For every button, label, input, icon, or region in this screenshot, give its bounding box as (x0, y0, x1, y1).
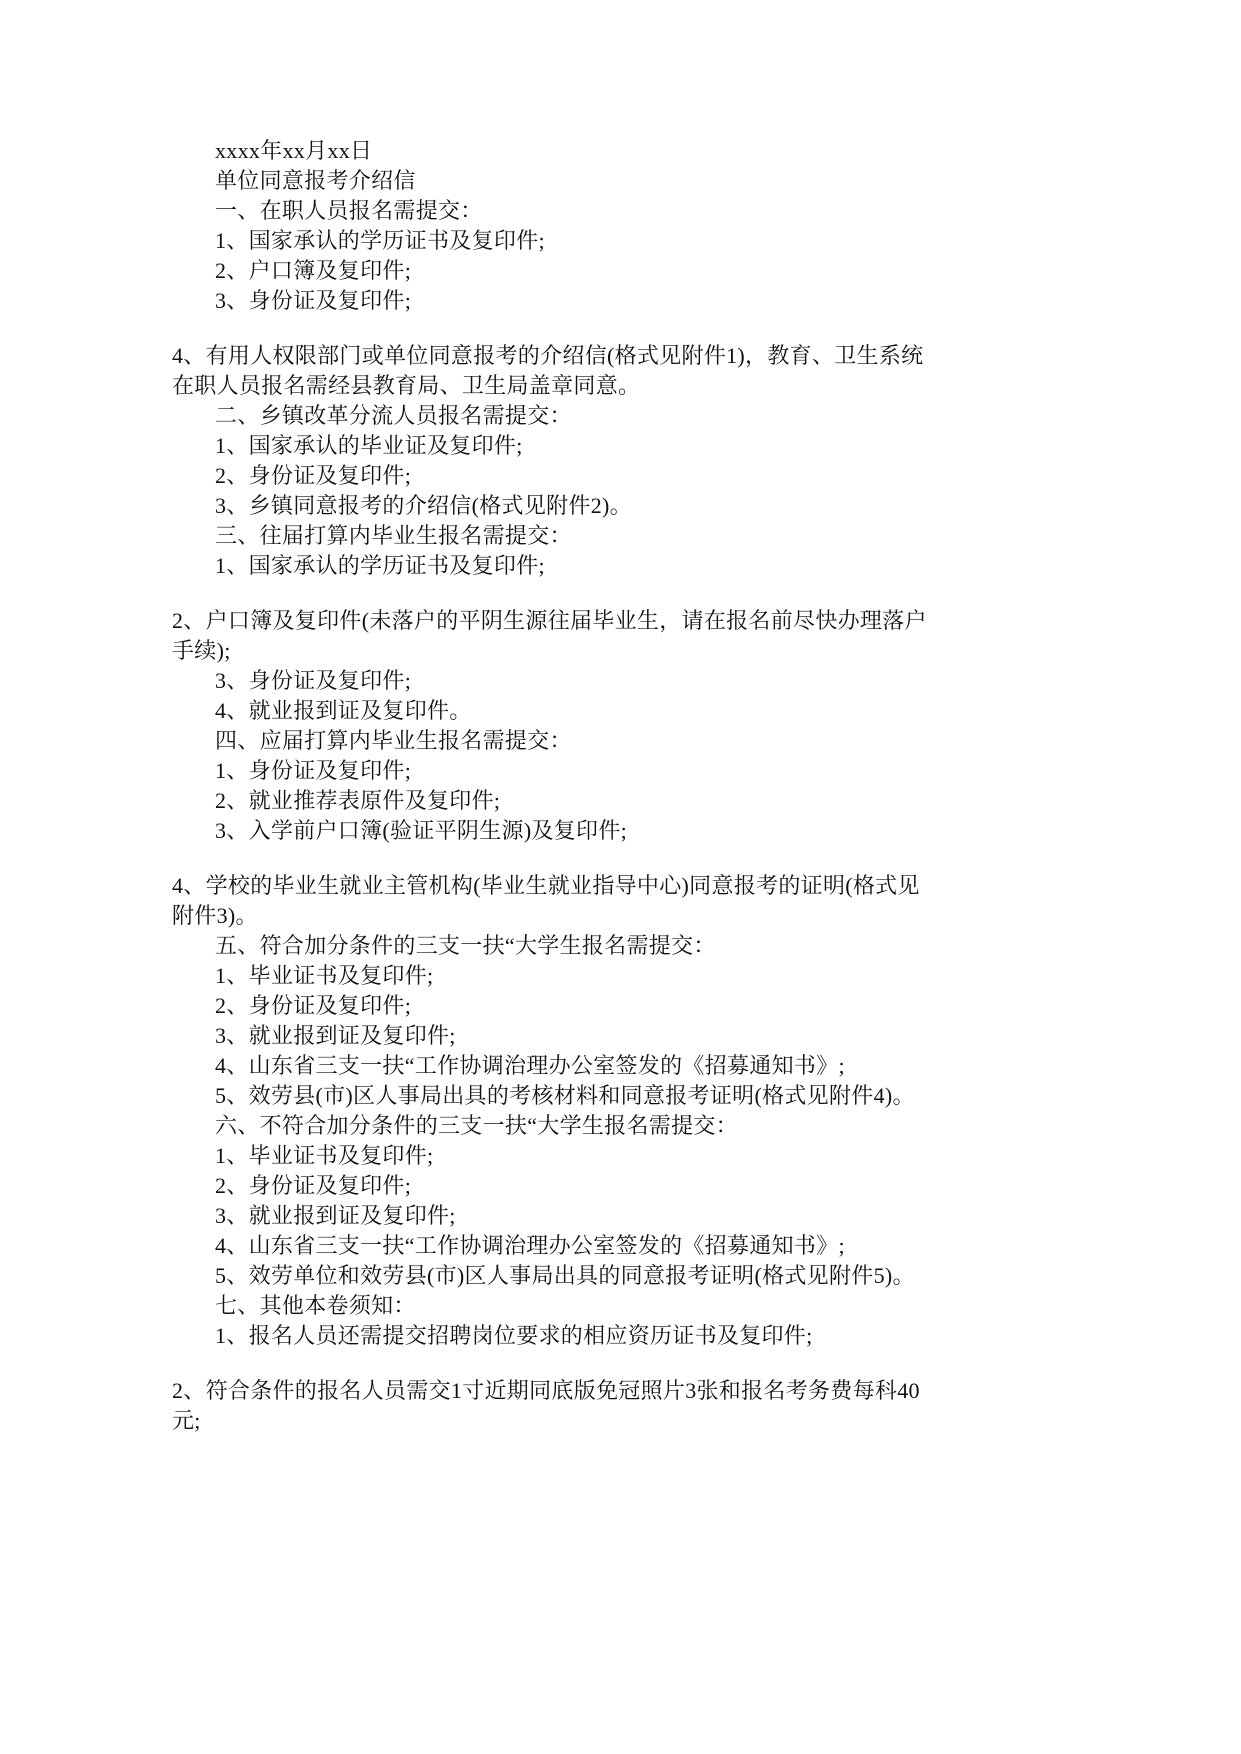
list-item: 2、就业推荐表原件及复印件; (215, 786, 500, 816)
list-item: 1、报名人员还需提交招聘岗位要求的相应资历证书及复印件; (215, 1321, 813, 1351)
list-item: 4、山东省三支一扶“工作协调治理办公室签发的《招募通知书》; (215, 1051, 845, 1081)
paragraph-line: 2、符合条件的报名人员需交1寸近期同底版免冠照片3张和报名考务费每科40 (172, 1376, 920, 1406)
paragraph-line: 在职人员报名需经县教育局、卫生局盖章同意。 (172, 371, 640, 401)
paragraph-line: 4、学校的毕业生就业主管机构(毕业生就业指导中心)同意报考的证明(格式见 (172, 871, 920, 901)
list-item: 3、身份证及复印件; (215, 666, 411, 696)
section-heading: 六、不符合加分条件的三支一扶“大学生报名需提交： (215, 1111, 738, 1141)
document-page: xxxx年xx月xx日 单位同意报考介绍信 一、在职人员报名需提交： 1、国家承… (0, 0, 1241, 1754)
list-item: 1、国家承认的学历证书及复印件; (215, 551, 545, 581)
section-heading: 七、其他本卷须知： (215, 1291, 416, 1321)
list-item: 1、身份证及复印件; (215, 756, 411, 786)
paragraph-line: 4、有用人权限部门或单位同意报考的介绍信(格式见附件1)，教育、卫生系统 (172, 341, 923, 371)
list-item: 1、毕业证书及复印件; (215, 961, 433, 991)
document-date: xxxx年xx月xx日 (215, 136, 372, 166)
list-item: 3、入学前户口簿(验证平阴生源)及复印件; (215, 816, 627, 846)
list-item: 3、乡镇同意报考的介绍信(格式见附件2)。 (215, 491, 632, 521)
list-item: 5、效劳单位和效劳县(市)区人事局出具的同意报考证明(格式见附件5)。 (215, 1261, 915, 1291)
section-heading: 二、乡镇改革分流人员报名需提交： (215, 401, 572, 431)
paragraph-line: 手续); (172, 636, 231, 666)
list-item: 4、山东省三支一扶“工作协调治理办公室签发的《招募通知书》; (215, 1231, 845, 1261)
list-item: 1、国家承认的毕业证及复印件; (215, 431, 523, 461)
list-item: 2、身份证及复印件; (215, 991, 411, 1021)
section-heading: 四、应届打算内毕业生报名需提交： (215, 726, 572, 756)
document-title: 单位同意报考介绍信 (215, 166, 416, 196)
list-item: 2、身份证及复印件; (215, 461, 411, 491)
list-item: 2、户口簿及复印件; (215, 256, 411, 286)
list-item: 4、就业报到证及复印件。 (215, 696, 472, 726)
list-item: 3、就业报到证及复印件; (215, 1021, 456, 1051)
section-heading: 一、在职人员报名需提交： (215, 196, 483, 226)
list-item: 1、国家承认的学历证书及复印件; (215, 226, 545, 256)
list-item: 3、身份证及复印件; (215, 286, 411, 316)
list-item: 3、就业报到证及复印件; (215, 1201, 456, 1231)
list-item: 5、效劳县(市)区人事局出具的考核材料和同意报考证明(格式见附件4)。 (215, 1081, 915, 1111)
paragraph-line: 2、户口簿及复印件(未落户的平阴生源往届毕业生，请在报名前尽快办理落户 (172, 606, 927, 636)
paragraph-line: 元; (172, 1406, 201, 1436)
list-item: 2、身份证及复印件; (215, 1171, 411, 1201)
paragraph-line: 附件3)。 (172, 901, 258, 931)
section-heading: 五、符合加分条件的三支一扶“大学生报名需提交： (215, 931, 716, 961)
list-item: 1、毕业证书及复印件; (215, 1141, 433, 1171)
section-heading: 三、往届打算内毕业生报名需提交： (215, 521, 572, 551)
